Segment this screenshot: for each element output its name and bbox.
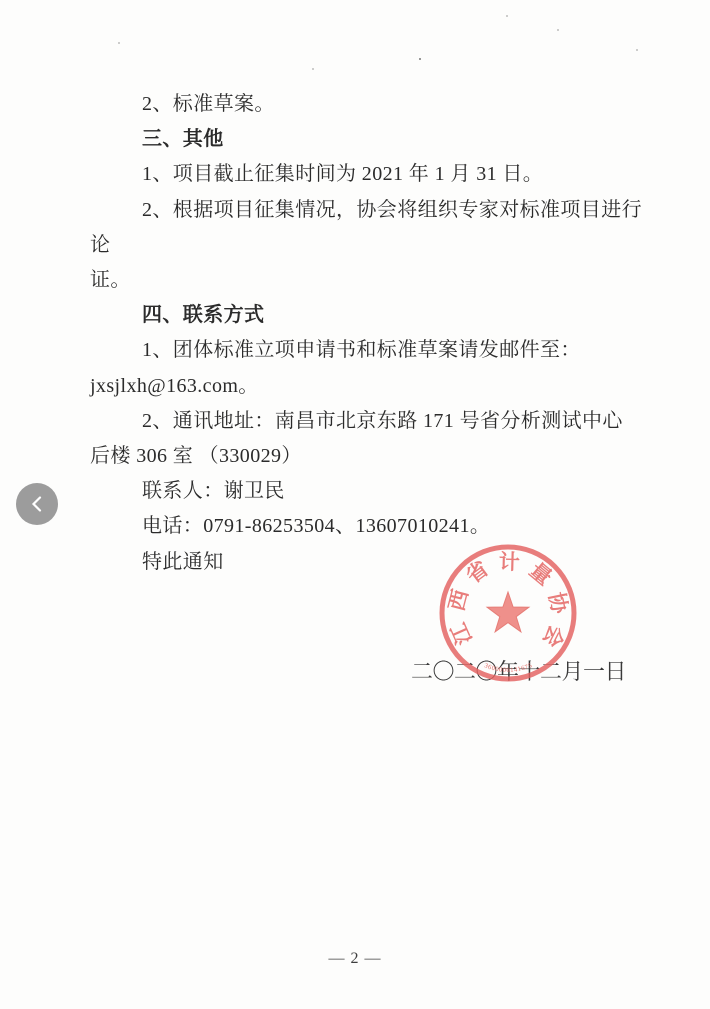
scan-speck [312, 68, 314, 70]
seal-char: 计 [499, 550, 521, 575]
scan-speck [506, 15, 508, 17]
notice-body: 2、标准草案。 三、其他 1、项目截止征集时间为 2021 年 1 月 31 日… [90, 87, 652, 580]
body-line: 2、标准草案。 [90, 87, 652, 122]
document-page: 2、标准草案。 三、其他 1、项目截止征集时间为 2021 年 1 月 31 日… [0, 0, 710, 1009]
page-number: — 2 — [0, 950, 710, 968]
scan-speck [557, 29, 559, 31]
address-line: 后楼 306 室 （330029） [90, 439, 652, 474]
section-heading-four: 四、联系方式 [90, 298, 652, 333]
seal-star-icon [487, 592, 529, 632]
chevron-left-icon [29, 495, 45, 513]
body-line: 证。 [90, 263, 652, 298]
contact-person-line: 联系人：谢卫民 [90, 474, 652, 509]
seal-serial-number: 3600000141675 [483, 662, 533, 674]
scan-speck [118, 42, 120, 44]
email-line: jxsjlxh@163.com。 [90, 369, 652, 404]
seal-char: 西 [444, 587, 472, 613]
previous-page-button[interactable] [16, 483, 58, 525]
official-seal: 江 西 省 计 量 协 会 3600000141675 [423, 528, 593, 698]
address-line: 2、通讯地址：南昌市北京东路 171 号省分析测试中心 [90, 404, 652, 439]
body-line: 1、团体标准立项申请书和标准草案请发邮件至： [90, 333, 652, 368]
body-line: 1、项目截止征集时间为 2021 年 1 月 31 日。 [90, 157, 652, 192]
section-heading-three: 三、其他 [90, 122, 652, 157]
scan-speck [419, 58, 421, 60]
seal-char: 协 [544, 590, 572, 616]
scan-speck [636, 49, 638, 51]
body-line: 2、根据项目征集情况，协会将组织专家对标准项目进行论 [90, 193, 652, 263]
